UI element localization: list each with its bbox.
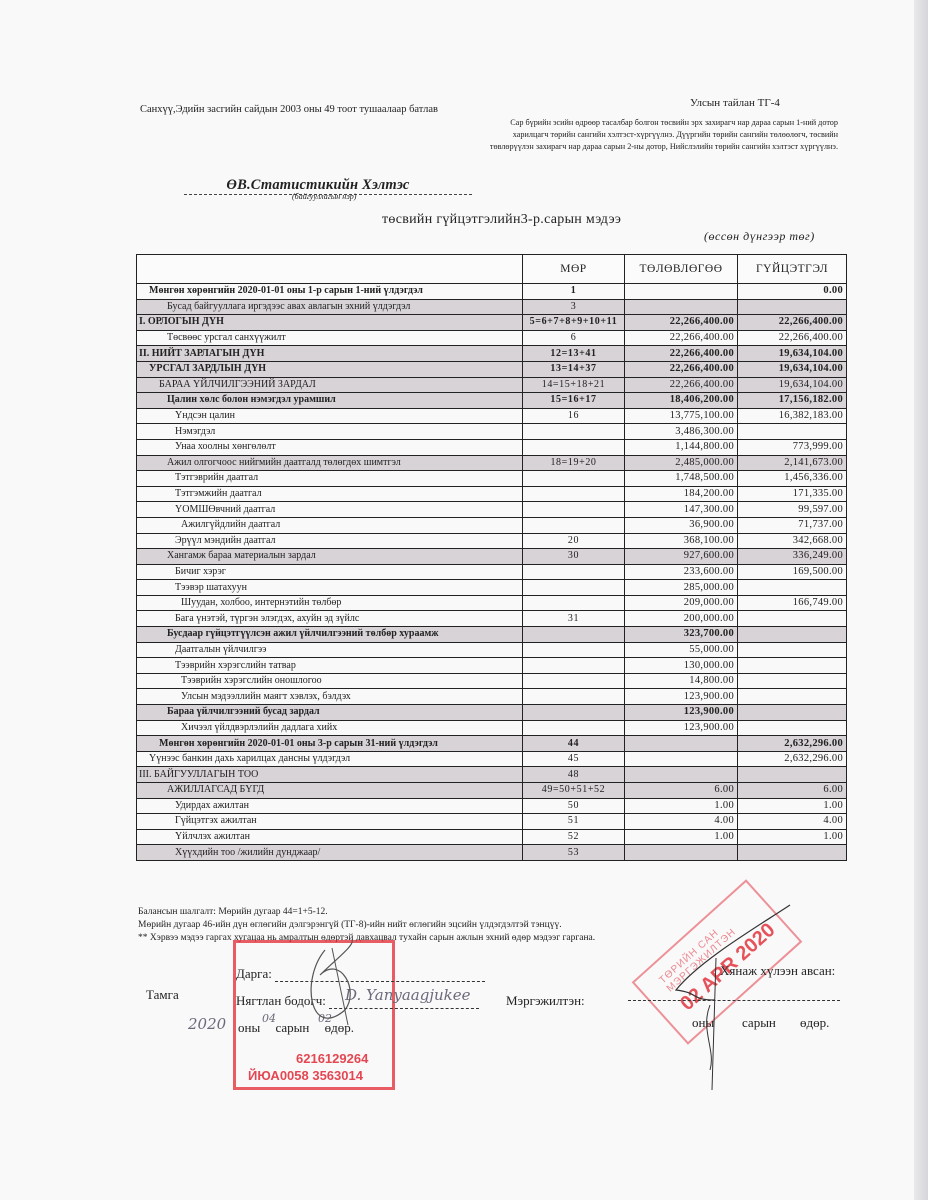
document-page: Санхүү,Эдийн засгийн сайдын 2003 оны 49 … [0, 0, 928, 1200]
signature-strokes [0, 0, 928, 1200]
